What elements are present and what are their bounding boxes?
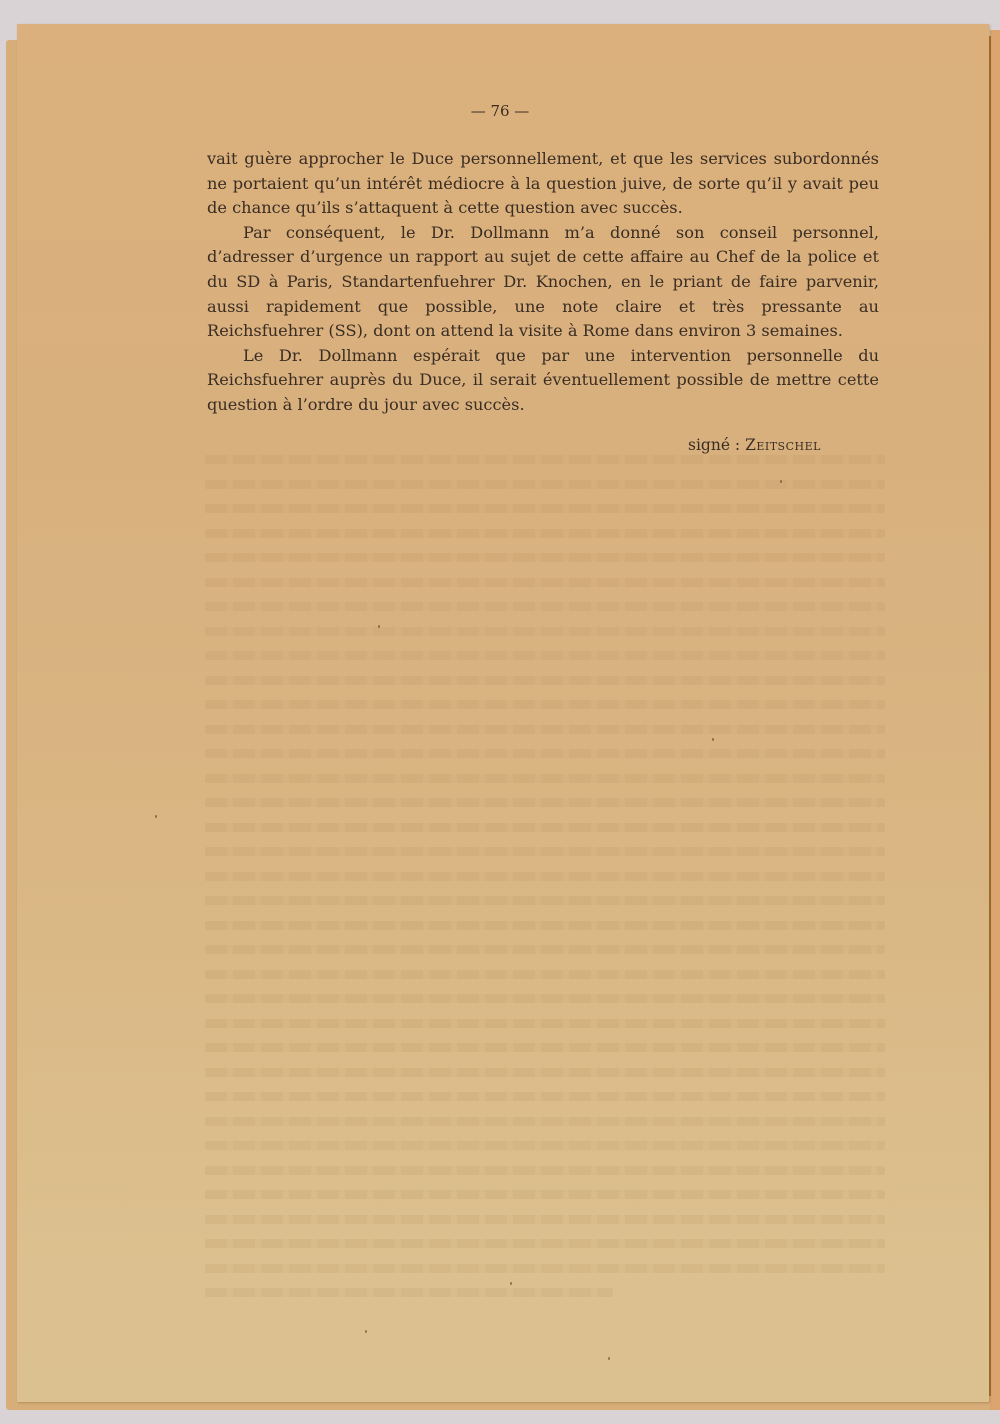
paragraph-1: vait guère approcher le Duce personnelle… [207,147,879,221]
bleed-through-text [205,455,885,1313]
signature: signé : Zeitschel [688,436,821,454]
paper-speck [608,1357,610,1360]
paragraph-3: Le Dr. Dollmann espérait que par une int… [207,344,879,418]
paper-speck [365,1330,367,1333]
paper-speck [712,738,714,741]
paper-speck [378,625,380,628]
body-text: vait guère approcher le Duce personnelle… [207,147,879,418]
adjacent-page-edge [990,30,1000,1410]
paper-speck [510,1282,512,1285]
paragraph-2: Par conséquent, le Dr. Dollmann m’a donn… [207,221,879,344]
paper-speck [780,480,782,483]
signature-name: Zeitschel [745,436,821,454]
paper-speck [155,815,157,818]
page-number: — 76 — [0,102,1000,120]
signature-label: signé : [688,436,740,454]
